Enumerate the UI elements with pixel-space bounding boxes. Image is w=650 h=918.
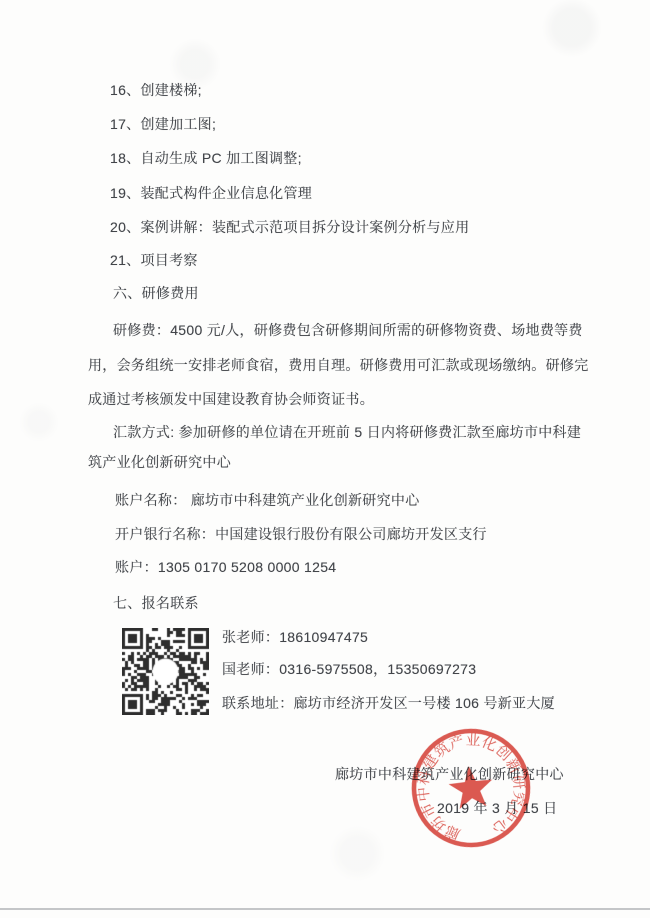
fee-paragraph-line-3: 成通过考核颁发中国建设教育协会师资证书。 <box>88 389 374 409</box>
agenda-item-17: 17、创建加工图; <box>110 114 216 134</box>
remittance-line-1: 汇款方式: 参加研修的单位请在开班前 5 日内将研修费汇款至廊坊市中科建 <box>113 422 581 442</box>
fee-paragraph-line-1: 研修费：4500 元/人，研修费包含研修期间所需的研修物资费、场地费等费 <box>113 320 583 340</box>
agenda-item-16: 16、创建楼梯; <box>110 80 202 100</box>
section-heading-fees: 六、研修费用 <box>113 283 199 303</box>
scan-page-edge <box>0 908 650 910</box>
bank-name-line: 开户银行名称：中国建设银行股份有限公司廊坊开发区支行 <box>115 524 487 544</box>
official-seal: 廊坊市中科建筑产业化创新研究中心 <box>403 720 539 856</box>
contact-teacher-guo: 国老师：0316-5975508，15350697273 <box>222 659 476 679</box>
agenda-item-18: 18、自动生成 PC 加工图调整; <box>110 148 302 168</box>
qr-code-icon <box>122 628 209 715</box>
contact-address: 联系地址：廊坊市经济开发区一号楼 106 号新亚大厦 <box>222 693 555 713</box>
qr-code <box>122 628 208 714</box>
remittance-line-2: 筑产业化创新研究中心 <box>88 452 231 472</box>
scanned-document-page: { "list_items": [ { "label": "16、创建楼梯;" … <box>0 0 650 918</box>
contact-teacher-zhang: 张老师：18610947475 <box>222 627 368 647</box>
section-heading-contact: 七、报名联系 <box>113 593 199 613</box>
account-name-line: 账户名称： 廊坊市中科建筑产业化创新研究中心 <box>115 490 420 510</box>
agenda-item-21: 21、项目考察 <box>110 250 198 270</box>
account-number-line: 账户：1305 0170 5208 0000 1254 <box>115 557 336 577</box>
agenda-item-19: 19、装配式构件企业信息化管理 <box>110 183 312 203</box>
agenda-item-20: 20、案例讲解：装配式示范项目拆分设计案例分析与应用 <box>110 217 469 237</box>
seal-star-icon <box>447 764 495 810</box>
fee-paragraph-line-2: 用，会务组统一安排老师食宿，费用自理。研修费用可汇款或现场缴纳。研修完 <box>88 355 589 375</box>
